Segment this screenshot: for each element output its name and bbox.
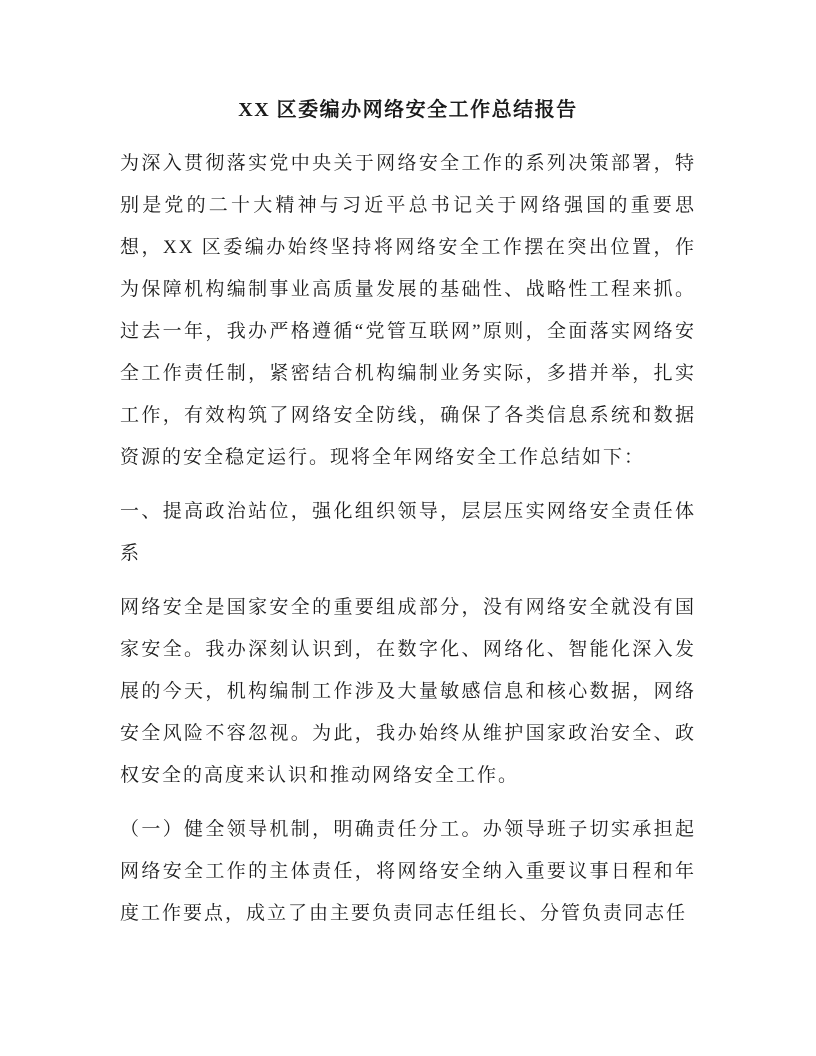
document-page: XX 区委编办网络安全工作总结报告 为深入贯彻落实党中央关于网络安全工作的系列决… — [0, 0, 816, 1056]
paragraph: （一）健全领导机制，明确责任分工。办领导班子切实承担起网络安全工作的主体责任，将… — [120, 809, 696, 935]
document-title: XX 区委编办网络安全工作总结报告 — [120, 89, 696, 131]
paragraph: 为深入贯彻落实党中央关于网络安全工作的系列决策部署，特别是党的二十大精神与习近平… — [120, 143, 696, 479]
section-heading: 一、提高政治站位，强化组织领导，层层压实网络安全责任体系 — [120, 491, 696, 575]
paragraph: 网络安全是国家安全的重要组成部分，没有网络安全就没有国家安全。我办深刻认识到，在… — [120, 587, 696, 797]
document-body: 为深入贯彻落实党中央关于网络安全工作的系列决策部署，特别是党的二十大精神与习近平… — [120, 143, 696, 935]
